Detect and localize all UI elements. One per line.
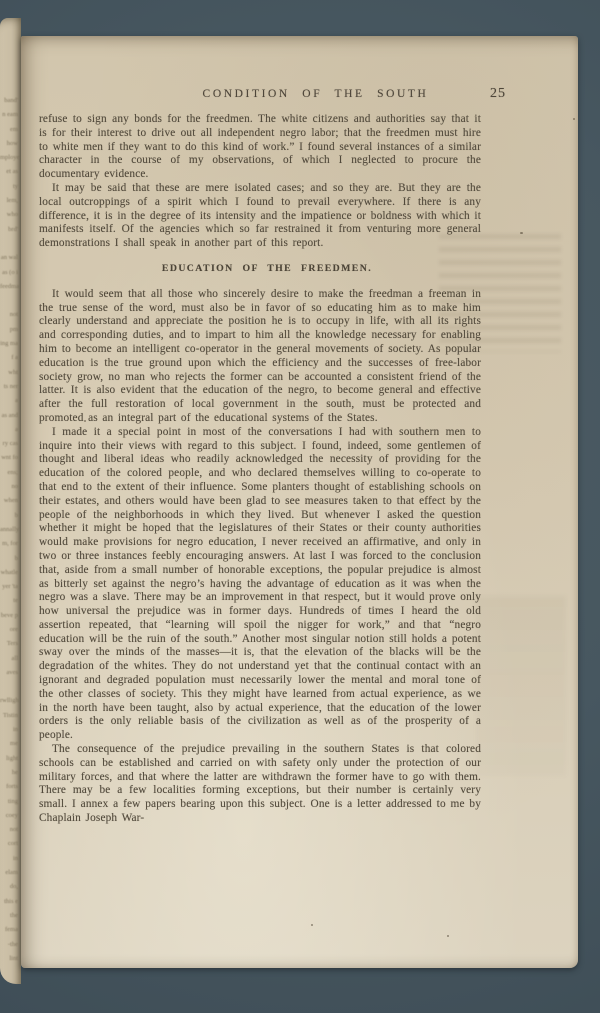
ink-speck: [520, 232, 523, 234]
section-heading: EDUCATION OF THE FREEDMEN.: [53, 262, 481, 276]
paragraph: The consequence of the prejudice prevail…: [39, 743, 481, 826]
page-header: CONDITION OF THE SOUTH 25: [39, 88, 502, 103]
ink-speck: [447, 935, 449, 937]
paragraph: I made it a special point in most of the…: [39, 426, 481, 743]
adjacent-page-edge: band' n eam em how mploye et as ty lem, …: [0, 18, 21, 984]
adjacent-page-text-fragments: band' n eam em how mploye et as ty lem, …: [0, 18, 21, 984]
paragraph: It may be said that these are mere isola…: [39, 182, 481, 251]
ink-speck: [84, 420, 86, 422]
running-title: CONDITION OF THE SOUTH: [129, 88, 502, 100]
paragraph: It would seem that all those who sincere…: [39, 288, 481, 426]
text-column: refuse to sign any bonds for the freedme…: [39, 113, 481, 826]
paragraph: refuse to sign any bonds for the freedme…: [39, 113, 481, 182]
page-number: 25: [490, 86, 506, 102]
ink-speck: [311, 924, 313, 926]
ink-speck: [573, 118, 575, 120]
scanned-page: CONDITION OF THE SOUTH 25 refuse to sign…: [21, 36, 578, 968]
ink-showthrough: [476, 596, 566, 776]
